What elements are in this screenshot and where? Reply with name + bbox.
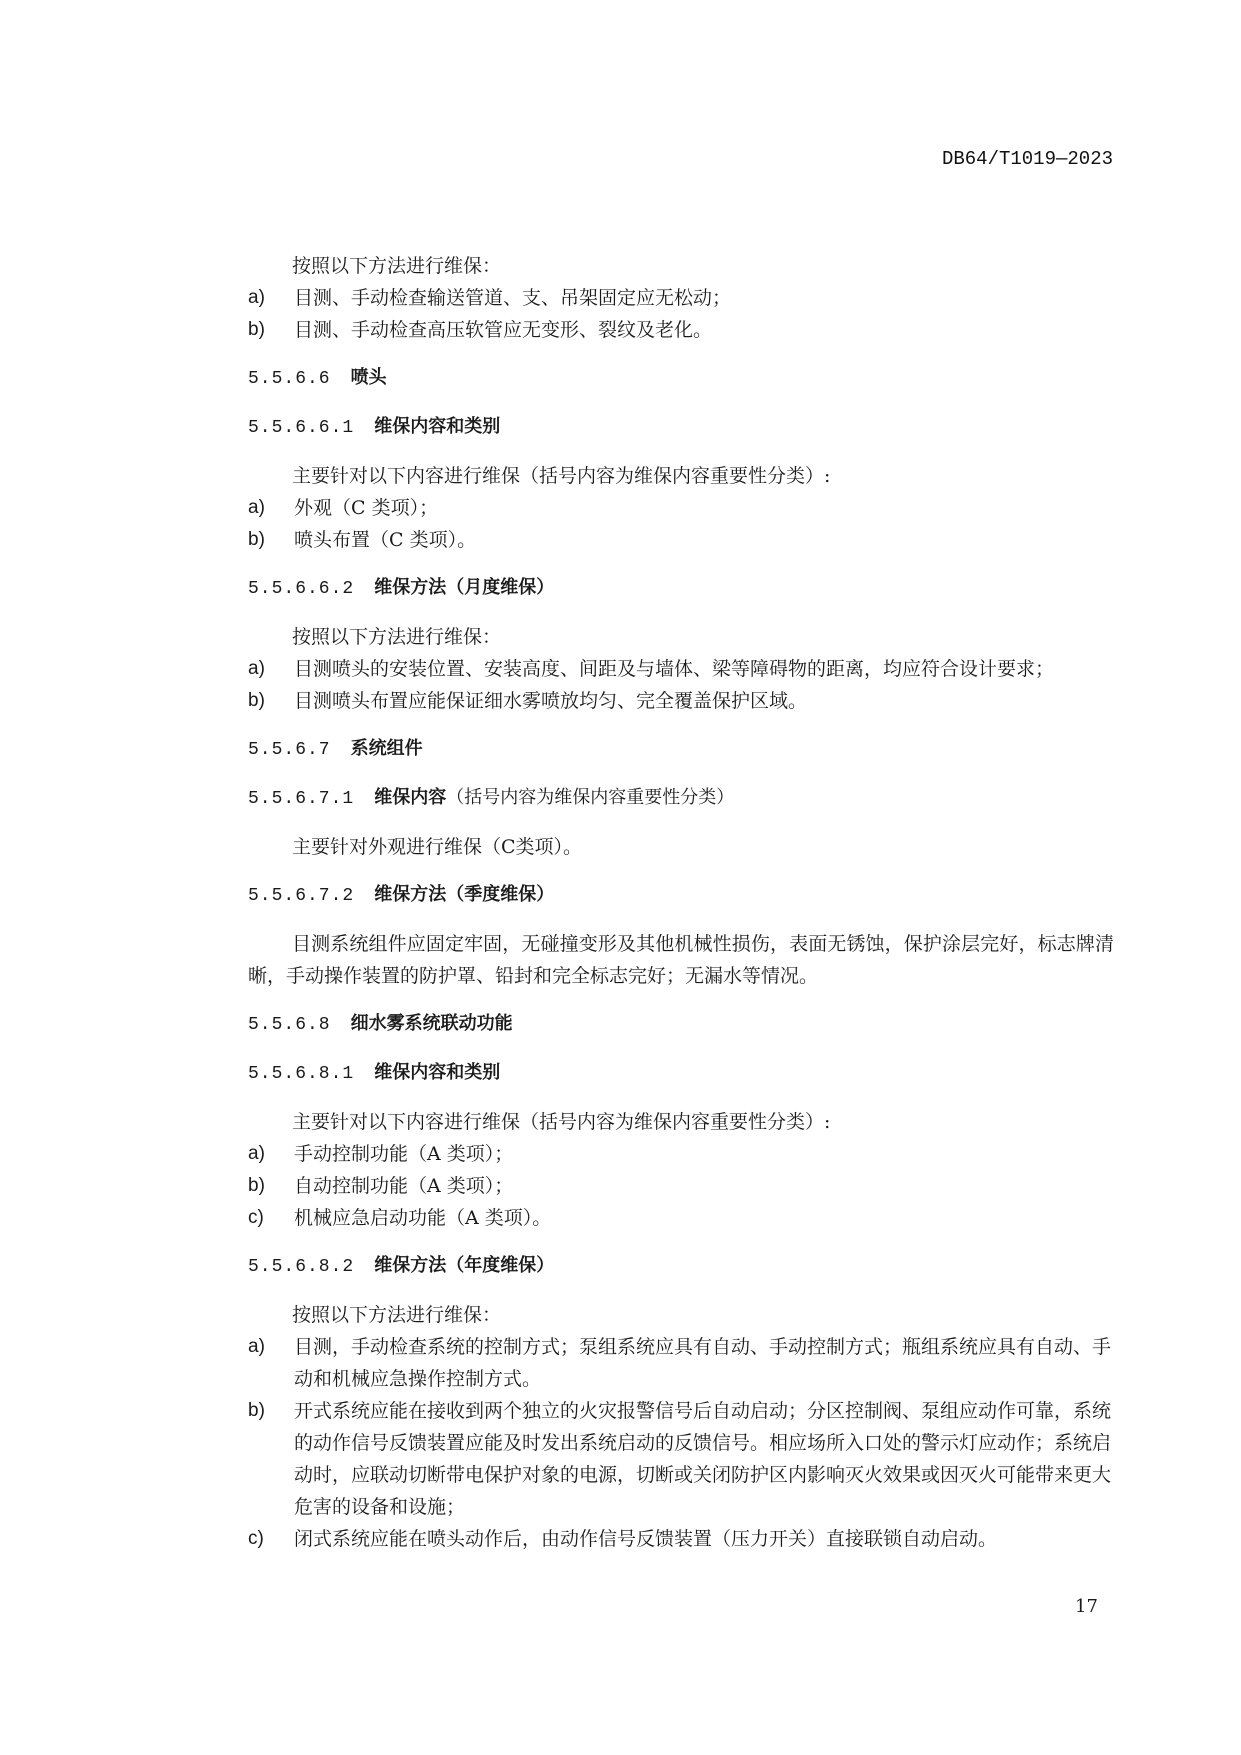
section-number: 5.5.6.8.2: [248, 1257, 354, 1277]
paragraph-body: 目测系统组件应固定牢固，无碰撞变形及其他机械性损伤，表面无锈蚀，保护涂层完好，标…: [248, 928, 1114, 992]
list-marker: c): [248, 1523, 264, 1555]
list-item: b)开式系统应能在接收到两个独立的火灾报警信号后自动启动；分区控制阀、泵组应动作…: [248, 1395, 1114, 1523]
section-heading: 5.5.6.6喷头: [248, 362, 1114, 395]
list-item: a)目测喷头的安装位置、安装高度、间距及与墙体、梁等障碍物的距离，均应符合设计要…: [248, 653, 1114, 685]
list-marker: b): [248, 685, 265, 717]
list-marker: b): [248, 1395, 265, 1427]
list-item: a)目测，手动检查系统的控制方式；泵组系统应具有自动、手动控制方式；瓶组系统应具…: [248, 1331, 1114, 1395]
list-text: 目测喷头的安装位置、安装高度、间距及与墙体、梁等障碍物的距离，均应符合设计要求；: [294, 658, 1054, 680]
list-text: 目测，手动检查系统的控制方式；泵组系统应具有自动、手动控制方式；瓶组系统应具有自…: [294, 1336, 1111, 1390]
section-title: 细水雾系统联动功能: [351, 1013, 513, 1034]
section-title: 维保内容和类别: [374, 416, 500, 437]
list-item: b)目测喷头布置应能保证细水雾喷放均匀、完全覆盖保护区域。: [248, 685, 1114, 717]
list-item: c)闭式系统应能在喷头动作后，由动作信号反馈装置（压力开关）直接联锁自动启动。: [248, 1523, 1114, 1555]
paragraph-intro: 主要针对以下内容进行维保（括号内容为维保内容重要性分类）:: [248, 460, 1114, 492]
section-title-suffix: （括号内容为维保内容重要性分类）: [446, 787, 734, 808]
section-title: 喷头: [351, 367, 387, 388]
section-heading: 5.5.6.7.1维保内容（括号内容为维保内容重要性分类）: [248, 782, 1114, 815]
list-item: b)目测、手动检查高压软管应无变形、裂纹及老化。: [248, 314, 1114, 346]
list-text: 开式系统应能在接收到两个独立的火灾报警信号后自动启动；分区控制阀、泵组应动作可靠…: [294, 1400, 1111, 1518]
list-marker: a): [248, 1331, 265, 1363]
section-title: 维保方法（月度维保）: [374, 577, 554, 598]
list: a)目测，手动检查系统的控制方式；泵组系统应具有自动、手动控制方式；瓶组系统应具…: [248, 1331, 1114, 1555]
page-number: 17: [1075, 1596, 1098, 1617]
section-title: 维保方法（年度维保）: [374, 1255, 554, 1276]
paragraph-intro: 主要针对以下内容进行维保（括号内容为维保内容重要性分类）:: [248, 1106, 1114, 1138]
list-item: b)自动控制功能（A 类项）；: [248, 1170, 1114, 1202]
list-text: 手动控制功能（A 类项）；: [294, 1143, 513, 1165]
section-number: 5.5.6.7.2: [248, 886, 354, 906]
list-text: 喷头布置（C 类项）。: [294, 529, 476, 551]
list-marker: c): [248, 1202, 264, 1234]
paragraph-intro: 按照以下方法进行维保：: [248, 1299, 1114, 1331]
list-text: 闭式系统应能在喷头动作后，由动作信号反馈装置（压力开关）直接联锁自动启动。: [294, 1528, 997, 1550]
page-content: 按照以下方法进行维保： a)目测、手动检查输送管道、支、吊架固定应无松动； b)…: [248, 250, 1114, 1555]
list-marker: a): [248, 282, 265, 314]
list-marker: a): [248, 1138, 265, 1170]
section-number: 5.5.6.7: [248, 740, 331, 760]
paragraph-body: 主要针对外观进行维保（C类项）。: [248, 831, 1114, 863]
section-number: 5.5.6.7.1: [248, 789, 354, 809]
list-marker: b): [248, 1170, 265, 1202]
section-title: 系统组件: [351, 738, 423, 759]
list: a)目测、手动检查输送管道、支、吊架固定应无松动； b)目测、手动检查高压软管应…: [248, 282, 1114, 346]
list-text: 目测、手动检查输送管道、支、吊架固定应无松动；: [294, 287, 731, 309]
list-text: 目测喷头布置应能保证细水雾喷放均匀、完全覆盖保护区域。: [294, 690, 807, 712]
section-title: 维保方法（季度维保）: [374, 884, 554, 905]
section-number: 5.5.6.8.1: [248, 1064, 354, 1084]
section-title: 维保内容: [374, 787, 446, 808]
section-heading: 5.5.6.7系统组件: [248, 733, 1114, 766]
paragraph-intro: 按照以下方法进行维保：: [248, 250, 1114, 282]
list-text: 目测、手动检查高压软管应无变形、裂纹及老化。: [294, 319, 712, 341]
list-marker: a): [248, 653, 265, 685]
paragraph-intro: 按照以下方法进行维保：: [248, 621, 1114, 653]
section-heading: 5.5.6.8.2维保方法（年度维保）: [248, 1250, 1114, 1283]
section-number: 5.5.6.6.2: [248, 579, 354, 599]
section-heading: 5.5.6.6.2维保方法（月度维保）: [248, 572, 1114, 605]
section-number: 5.5.6.8: [248, 1015, 331, 1035]
list-item: b)喷头布置（C 类项）。: [248, 524, 1114, 556]
section-number: 5.5.6.6.1: [248, 418, 354, 438]
list: a)外观（C 类项）； b)喷头布置（C 类项）。: [248, 492, 1114, 556]
section-number: 5.5.6.6: [248, 369, 331, 389]
section-heading: 5.5.6.7.2维保方法（季度维保）: [248, 879, 1114, 912]
list-text: 机械应急启动功能（A 类项）。: [294, 1207, 551, 1229]
section-heading: 5.5.6.8细水雾系统联动功能: [248, 1008, 1114, 1041]
list-item: a)手动控制功能（A 类项）；: [248, 1138, 1114, 1170]
list-marker: b): [248, 524, 265, 556]
list-text: 外观（C 类项）；: [294, 497, 438, 519]
list: a)目测喷头的安装位置、安装高度、间距及与墙体、梁等障碍物的距离，均应符合设计要…: [248, 653, 1114, 717]
section-heading: 5.5.6.6.1维保内容和类别: [248, 411, 1114, 444]
section-title: 维保内容和类别: [374, 1062, 500, 1083]
section-heading: 5.5.6.8.1维保内容和类别: [248, 1057, 1114, 1090]
list-item: a)外观（C 类项）；: [248, 492, 1114, 524]
list-text: 自动控制功能（A 类项）；: [294, 1175, 513, 1197]
list-item: c)机械应急启动功能（A 类项）。: [248, 1202, 1114, 1234]
list-item: a)目测、手动检查输送管道、支、吊架固定应无松动；: [248, 282, 1114, 314]
list-marker: a): [248, 492, 265, 524]
list: a)手动控制功能（A 类项）； b)自动控制功能（A 类项）； c)机械应急启动…: [248, 1138, 1114, 1234]
list-marker: b): [248, 314, 265, 346]
document-code: DB64/T1019—2023: [942, 148, 1113, 170]
